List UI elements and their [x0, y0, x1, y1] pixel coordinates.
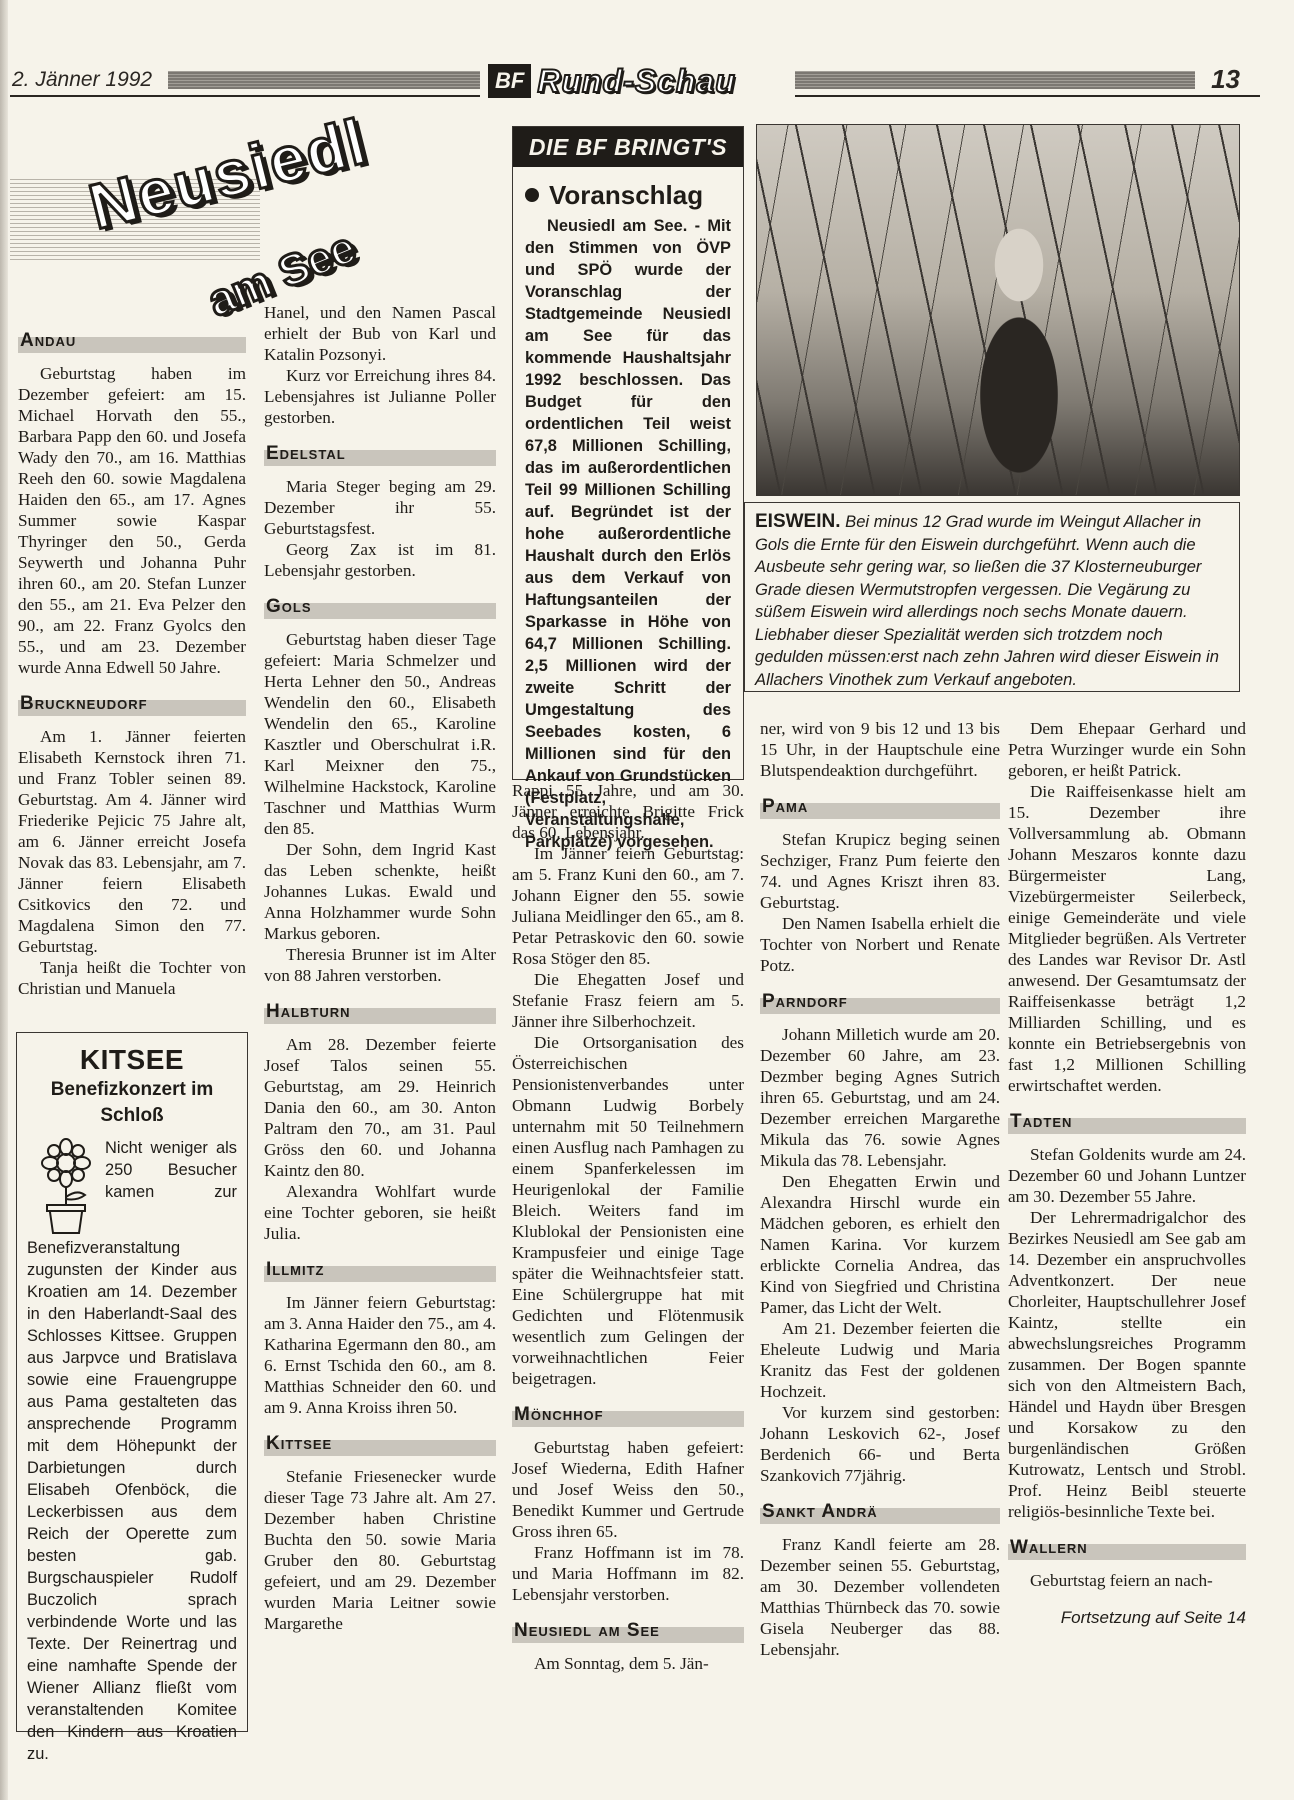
- section-heading-edelstal: Edelstal: [264, 438, 496, 468]
- page-number: 13: [1211, 64, 1240, 95]
- article-paragraph: Den Namen Isabella erhielt die Tochter v…: [760, 913, 1000, 976]
- column-2: Hanel, und den Namen Pascal erhielt der …: [264, 302, 496, 1634]
- masthead: 2. Jänner 1992 BF Rund-Schau 13: [10, 62, 1250, 102]
- feature-title: KITSEE: [27, 1043, 237, 1077]
- article-paragraph: Die Ehegatten Josef und Stefanie Frasz f…: [512, 969, 744, 1032]
- issue-date: 2. Jänner 1992: [12, 68, 152, 92]
- masthead-rule-left: [10, 95, 480, 97]
- eiswein-photo: [756, 124, 1240, 496]
- article-paragraph: Kurz vor Erreichung ihres 84. Lebensjahr…: [264, 365, 496, 428]
- article-paragraph: Die Raiffeisenkasse hielt am 15. Dezembe…: [1008, 781, 1246, 1096]
- article-paragraph: Stefan Goldenits wurde am 24. Dezember 6…: [1008, 1144, 1246, 1207]
- caption-text: Bei minus 12 Grad wurde im Weingut Allac…: [755, 512, 1219, 689]
- section-heading-wallern: Wallern: [1008, 1532, 1246, 1562]
- article-paragraph: ner, wird von 9 bis 12 und 13 bis 15 Uhr…: [760, 718, 1000, 781]
- article-paragraph: Geburtstag feiern an nach-: [1008, 1570, 1246, 1591]
- column-3: Rappi 55 Jahre, und am 30. Jänner erreic…: [512, 780, 744, 1674]
- article-paragraph: Geburtstag haben dieser Tage gefeiert: M…: [264, 629, 496, 839]
- article-paragraph: Die Ortsorganisation des Österreichische…: [512, 1032, 744, 1389]
- publication-logo: BF Rund-Schau: [488, 62, 736, 100]
- section-heading-gols: Gols: [264, 591, 496, 621]
- article-paragraph: Dem Ehepaar Gerhard und Petra Wurzinger …: [1008, 718, 1246, 781]
- section-heading-bruckneudorf: Bruckneudorf: [18, 688, 246, 718]
- article-paragraph: Tanja heißt die Tochter von Christian un…: [18, 957, 246, 999]
- article-paragraph: Alexandra Wohlfart wurde eine Tochter ge…: [264, 1181, 496, 1244]
- bullet-icon: [525, 188, 539, 202]
- article-paragraph: Georg Zax ist im 81. Lebensjahr gestorbe…: [264, 539, 496, 581]
- masthead-bar-left: [168, 71, 480, 89]
- section-heading-pama: Pama: [760, 791, 1000, 821]
- box-title: Voranschlag: [525, 175, 731, 215]
- section-heading-tadten: Tadten: [1008, 1106, 1246, 1136]
- article-paragraph: Maria Steger beging am 29. Dezember ihr …: [264, 476, 496, 539]
- article-paragraph: Vor kurzem sind gestorben: Johann Leskov…: [760, 1402, 1000, 1486]
- column-1: Andau Geburtstag haben im Dezember gefei…: [18, 315, 246, 999]
- kitsee-feature-box: KITSEE Benefizkonzert im Schloß: [16, 1032, 248, 1732]
- article-paragraph: Am 21. Dezember feierten die Eheleute Lu…: [760, 1318, 1000, 1402]
- section-heading-parndorf: Parndorf: [760, 986, 1000, 1016]
- article-paragraph: Hanel, und den Namen Pascal erhielt der …: [264, 302, 496, 365]
- article-paragraph: Stefanie Friesenecker wurde dieser Tage …: [264, 1466, 496, 1634]
- column-5: Dem Ehepaar Gerhard und Petra Wurzinger …: [1008, 718, 1246, 1628]
- flower-pot-icon: [33, 1137, 99, 1237]
- article-paragraph: Geburtstag haben im Dezember gefeiert: a…: [18, 363, 246, 678]
- masthead-bar-right: [795, 71, 1195, 89]
- article-paragraph: Am Sonntag, dem 5. Jän-: [512, 1653, 744, 1674]
- article-paragraph: Stefan Krupicz beging seinen Sechziger, …: [760, 829, 1000, 913]
- article-paragraph: Im Jänner feiern Geburtstag: am 3. Anna …: [264, 1292, 496, 1418]
- article-paragraph: Rappi 55 Jahre, und am 30. Jänner erreic…: [512, 780, 744, 843]
- article-paragraph: Theresia Brunner ist im Alter von 88 Jah…: [264, 944, 496, 986]
- photo-caption: EISWEIN. Bei minus 12 Grad wurde im Wein…: [744, 502, 1240, 692]
- column-4: ner, wird von 9 bis 12 und 13 bis 15 Uhr…: [760, 718, 1000, 1660]
- section-heading-moenchhof: Mönchhof: [512, 1399, 744, 1429]
- article-paragraph: Im Jänner feiern Geburtstag: am 5. Franz…: [512, 843, 744, 969]
- box-body: Neusiedl am See. - Mit den Stimmen von Ö…: [525, 215, 731, 853]
- article-paragraph: Franz Kandl feierte am 28. Dezember sein…: [760, 1534, 1000, 1660]
- section-heading-sankt-andrae: Sankt Andrä: [760, 1496, 1000, 1526]
- bf-bringts-box: DIE BF BRINGT'S Voranschlag Neusiedl am …: [512, 126, 744, 780]
- continuation-note[interactable]: Fortsetzung auf Seite 14: [1008, 1607, 1246, 1628]
- article-paragraph: Geburtstag haben gefeiert: Josef Wiedern…: [512, 1437, 744, 1542]
- section-heading-illmitz: Illmitz: [264, 1254, 496, 1284]
- article-paragraph: Franz Hoffmann ist im 78. und Maria Hoff…: [512, 1542, 744, 1605]
- feature-subtitle: Benefizkonzert im Schloß: [27, 1077, 237, 1129]
- section-heading-halbturn: Halbturn: [264, 996, 496, 1026]
- article-paragraph: Am 1. Jänner feierten Elisabeth Kernstoc…: [18, 726, 246, 957]
- section-heading-kittsee: Kittsee: [264, 1428, 496, 1458]
- page-binding-edge: [0, 0, 8, 1800]
- article-paragraph: Den Ehegatten Erwin und Alexandra Hirsch…: [760, 1171, 1000, 1318]
- masthead-rule-right: [795, 95, 1260, 97]
- caption-lead: EISWEIN.: [755, 511, 841, 532]
- box-header: DIE BF BRINGT'S: [513, 127, 743, 167]
- article-paragraph: Johann Milletich wurde am 20. Dezember 6…: [760, 1024, 1000, 1171]
- article-paragraph: Am 28. Dezember feierte Josef Talos sein…: [264, 1034, 496, 1181]
- newspaper-page: 2. Jänner 1992 BF Rund-Schau 13 Neusiedl…: [0, 0, 1294, 1800]
- section-heading-neusiedl: Neusiedl am See: [512, 1615, 744, 1645]
- article-paragraph: Der Lehrermadrigalchor des Bezirkes Neus…: [1008, 1207, 1246, 1522]
- logo-title: Rund-Schau: [537, 63, 735, 100]
- logo-bf-badge: BF: [488, 64, 531, 98]
- article-paragraph: Der Sohn, dem Ingrid Kast das Leben sche…: [264, 839, 496, 944]
- section-heading-andau: Andau: [18, 325, 246, 355]
